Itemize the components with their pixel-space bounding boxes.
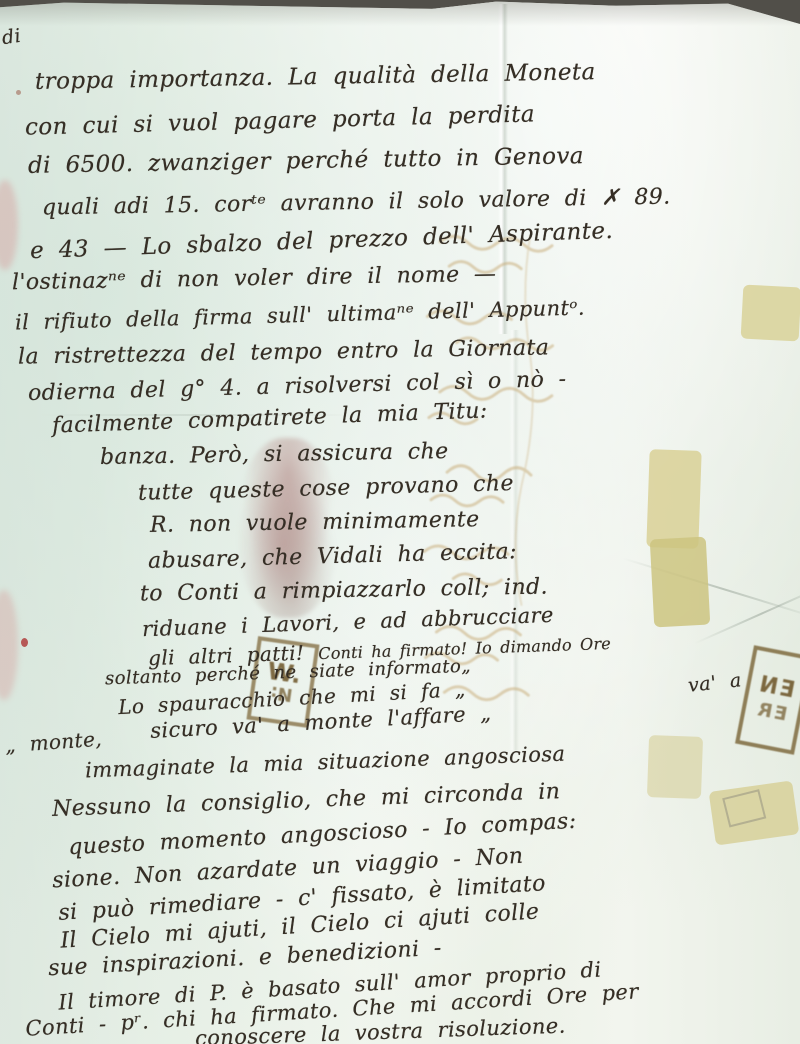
tape-patch [647, 735, 703, 799]
tape-patch [741, 285, 800, 342]
margin-note: „ monte, [4, 727, 102, 758]
tape-patch [646, 449, 701, 549]
margin-word: di [1, 25, 23, 49]
letter-line: con cui si vuol pagare porta la perdita [25, 101, 535, 140]
postmark-text: ER [754, 697, 790, 727]
tape-patch [650, 537, 711, 628]
marginal-word: va' a [687, 669, 743, 696]
letter-line: immaginate la mia situazione angosciosa [85, 742, 566, 783]
edge-stain [0, 590, 18, 700]
edge-stain [0, 180, 18, 270]
tape-patch [709, 780, 800, 845]
letter-line: troppa importanza. La qualità della Mone… [35, 59, 596, 95]
scanned-letter: W. N: EN ER di troppa importanza. La qua… [0, 0, 800, 1044]
ink-spot [21, 638, 28, 647]
letter-line: banza. Però, si assicura che [100, 439, 449, 470]
paper-speck [16, 90, 21, 95]
letter-line: quali adi 15. corᵗᵉ avranno il solo valo… [42, 185, 671, 221]
fold-crease [694, 582, 800, 645]
fold-crease [622, 557, 800, 620]
letter-paper: W. N: EN ER di troppa importanza. La qua… [0, 0, 800, 1044]
mirrored-postmark-stamp: EN ER [735, 645, 800, 755]
